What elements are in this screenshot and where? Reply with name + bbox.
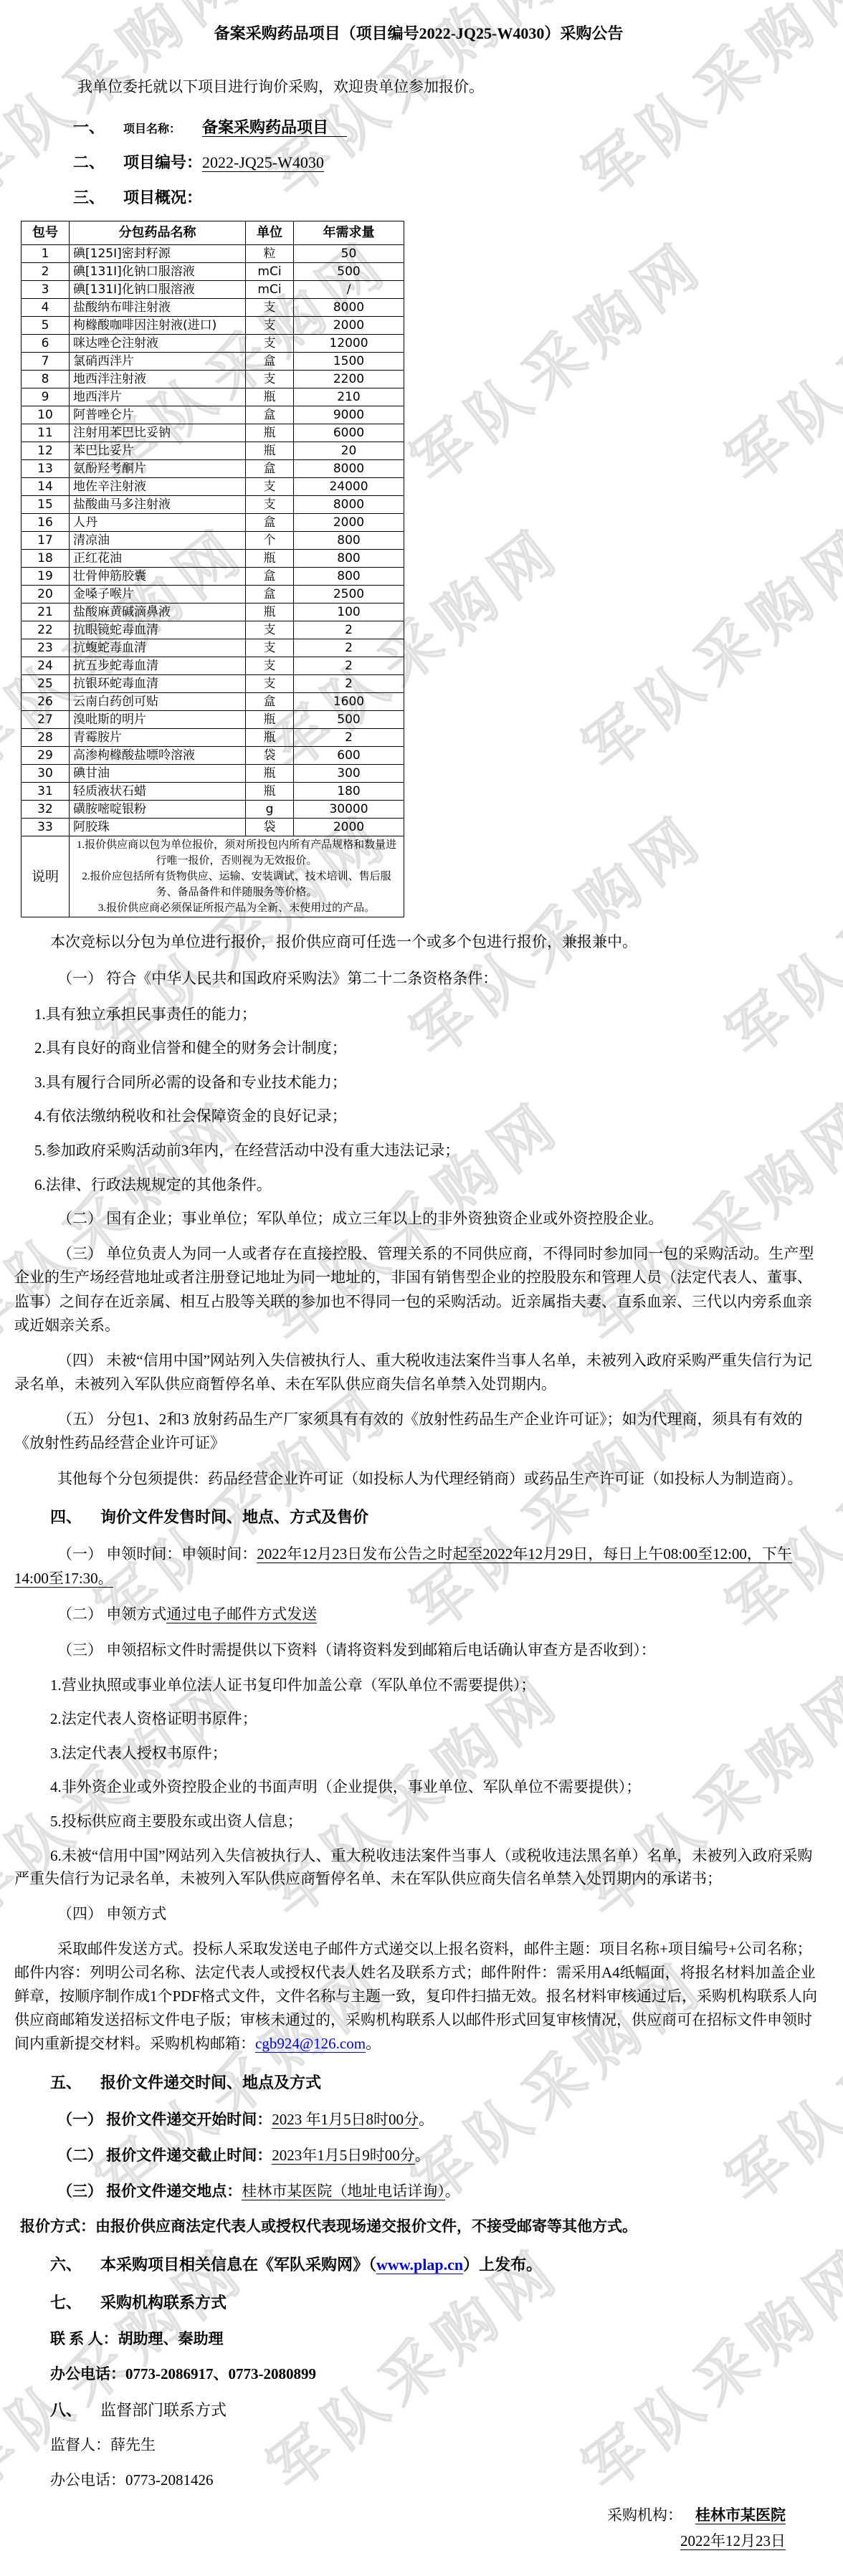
cell-drug-name: 金嗓子喉片 [70, 585, 246, 603]
cell-drug-name: 地西泮注射液 [70, 370, 246, 388]
drug-table-row: 31轻质液状石蜡瓶180 [22, 782, 404, 800]
section-number: 五、 [50, 2074, 82, 2091]
section-5-heading: 五、报价文件递交时间、地点及方式 [14, 2071, 823, 2094]
section-number: 八、 [50, 2401, 82, 2419]
cell-unit: 瓶 [246, 764, 294, 782]
claim-method2-heading: （四） 申领方式 [14, 1902, 823, 1926]
drug-table-row: 27溴吡斯的明片瓶500 [22, 710, 404, 728]
drug-table-row: 11注射用苯巴比妥钠瓶6000 [22, 424, 404, 442]
page-title: 备案采购药品项目（项目编号2022-JQ25-W4030）采购公告 [14, 22, 823, 44]
cell-unit: 袋 [246, 818, 294, 836]
cell-pack-no: 12 [22, 442, 70, 459]
section-8-heading-text: 监督部门联系方式 [100, 2401, 227, 2419]
cell-pack-no: 29 [22, 746, 70, 764]
cell-drug-name: 碘[125I]密封籽源 [70, 244, 246, 262]
drug-table-row: 3碘[131I]化钠口服溶液mCi/ [22, 280, 404, 298]
drug-table-row: 10阿普唑仑片盒9000 [22, 406, 404, 424]
section-5-heading-text: 报价文件递交时间、地点及方式 [100, 2074, 321, 2091]
cell-pack-no: 9 [22, 388, 70, 406]
footer-date-line: 2022年12月23日 [14, 2529, 786, 2554]
cell-drug-name: 阿胶珠 [70, 818, 246, 836]
cell-unit: 瓶 [246, 728, 294, 746]
cell-drug-name: 云南白药创可贴 [70, 692, 246, 710]
cell-unit: 瓶 [246, 442, 294, 459]
cell-annual-qty: 2000 [294, 316, 404, 334]
section-7-heading-text: 采购机构联系方式 [100, 2294, 227, 2312]
procurement-announcement-page: 军队采购网军队采购网军队采购网军队采购网军队采购网军队采购网军队采购网军队采购网… [0, 0, 843, 2576]
submission-deadline-line: （二） 报价文件递交截止时间：2023年1月5日9时00分。 [14, 2143, 823, 2167]
cell-annual-qty: 180 [294, 782, 404, 800]
header-annual-qty: 年需求量 [294, 221, 404, 244]
cell-pack-no: 3 [22, 280, 70, 298]
cell-unit: 瓶 [246, 782, 294, 800]
cell-drug-name: 磺胺嘧啶银粉 [70, 800, 246, 818]
cell-annual-qty: 2200 [294, 370, 404, 388]
qualification-item: 6.法律、行政法规规定的其他条件。 [14, 1173, 823, 1197]
cell-unit: 瓶 [246, 424, 294, 442]
drug-table-row: 16人丹盒2000 [22, 513, 404, 531]
section-number: 四、 [50, 1508, 82, 1526]
line-end-punct: 。 [419, 2111, 434, 2128]
footer-org-label: 采购机构： [607, 2506, 682, 2524]
qualification-list: 1.具有独立承担民事责任的能力；2.具有良好的商业信誉和健全的财务会计制度；3.… [14, 1003, 823, 1196]
section-number: 六、 [50, 2256, 82, 2274]
bid-intro-paragraph: 本次竞标以分包为单位进行报价，报价供应商可任选一个或多个包进行报价，兼报兼中。 [14, 930, 823, 955]
cell-annual-qty: 210 [294, 388, 404, 406]
cell-drug-name: 盐酸麻黄碱滴鼻液 [70, 603, 246, 621]
footer-date-value: 2022年12月23日 [680, 2532, 786, 2550]
cell-unit: g [246, 800, 294, 818]
cell-unit: 袋 [246, 746, 294, 764]
cell-drug-name: 正红花油 [70, 549, 246, 567]
drug-table-row: 19壮骨伸筋胶囊盒800 [22, 567, 404, 585]
drug-table-row: 2碘[131I]化钠口服溶液mCi500 [22, 262, 404, 280]
cell-unit: 瓶 [246, 388, 294, 406]
cell-pack-no: 24 [22, 657, 70, 674]
project-overview-line: 三、项目概况： [14, 186, 823, 209]
email-submission-text: 采取邮件发送方式。投标人采取发送电子邮件方式递交以上报名资料，邮件主题：项目名称… [14, 1940, 817, 2053]
cell-annual-qty: 2 [294, 728, 404, 746]
cell-unit: 瓶 [246, 549, 294, 567]
cell-annual-qty: 2000 [294, 818, 404, 836]
cell-drug-name: 抗五步蛇毒血清 [70, 657, 246, 674]
section-number: 七、 [50, 2294, 82, 2312]
submission-place-line: （三） 报价文件递交地点：桂林市某医院（地址电话详询）。 [14, 2179, 823, 2203]
cell-unit: 盒 [246, 352, 294, 370]
required-document-item: 6.未被“信用中国”网站列入失信被执行人、重大税收违法案件当事人（或税收违法黑名… [14, 1844, 823, 1891]
condition-item-4: （四） 未被“信用中国”网站列入失信被执行人、重大税收违法案件当事人名单，未被列… [14, 1349, 823, 1396]
required-document-item: 1.营业执照或事业单位法人证书复印件加盖公章（军队单位不需要提供）； [14, 1674, 823, 1697]
project-number-line: 二、项目编号：2022-JQ25-W4030 [14, 151, 823, 174]
cell-pack-no: 6 [22, 334, 70, 352]
cell-pack-no: 1 [22, 244, 70, 262]
cell-pack-no: 10 [22, 406, 70, 424]
cell-annual-qty: 30000 [294, 800, 404, 818]
cell-pack-no: 7 [22, 352, 70, 370]
cell-annual-qty: 9000 [294, 406, 404, 424]
condition-item-2: （二） 国有企业；事业单位；军队单位；成立三年以上的非外资独资企业或外资控股企业… [14, 1207, 823, 1231]
email-submission-paragraph: 采取邮件发送方式。投标人采取发送电子邮件方式递交以上报名资料，邮件主题：项目名称… [14, 1937, 823, 2056]
drug-table-row: 28青霉胺片瓶2 [22, 728, 404, 746]
cell-pack-no: 26 [22, 692, 70, 710]
note-content-cell: 1.报价供应商以包为单位报价，须对所投包内所有产品规格和数量进行唯一报价，否则视… [70, 836, 404, 917]
cell-drug-name: 碘[131I]化钠口服溶液 [70, 262, 246, 280]
cell-pack-no: 4 [22, 298, 70, 316]
cell-drug-name: 人丹 [70, 513, 246, 531]
required-documents-list: 1.营业执照或事业单位法人证书复印件加盖公章（军队单位不需要提供）；2.法定代表… [14, 1674, 823, 1891]
claim-time-label: （一） 申领时间：申领时间： [57, 1545, 257, 1563]
drug-table-row: 9地西泮片瓶210 [22, 388, 404, 406]
condition-item-5b: 其他每个分包须提供：药品经营企业许可证（如投标人为代理经销商）或药品生产许可证（… [14, 1467, 823, 1491]
cell-drug-name: 碘[131I]化钠口服溶液 [70, 280, 246, 298]
section-8-heading: 八、监督部门联系方式 [14, 2398, 823, 2422]
drug-table-row: 7氯硝西泮片盒1500 [22, 352, 404, 370]
cell-pack-no: 19 [22, 567, 70, 585]
line-end-punct: 。 [415, 2147, 430, 2164]
cell-pack-no: 32 [22, 800, 70, 818]
cell-drug-name: 壮骨伸筋胶囊 [70, 567, 246, 585]
cell-unit: 瓶 [246, 603, 294, 621]
cell-annual-qty: 8000 [294, 495, 404, 513]
header-unit: 单位 [246, 221, 294, 244]
cell-unit: 支 [246, 639, 294, 657]
cell-drug-name: 青霉胺片 [70, 728, 246, 746]
cell-annual-qty: 8000 [294, 298, 404, 316]
cell-drug-name: 盐酸纳布啡注射液 [70, 298, 246, 316]
submission-start-value: 2023 年1月5日8时00分 [272, 2111, 419, 2129]
condition-item-3: （三） 单位负责人为同一人或者存在直接控股、管理关系的不同供应商，不得同时参加同… [14, 1242, 823, 1337]
drug-table-row: 17清凉油个800 [22, 531, 404, 549]
cell-unit: 支 [246, 621, 294, 639]
table-note-item: 1.报价供应商以包为单位报价，须对所投包内所有产品规格和数量进行唯一报价，否则视… [72, 837, 401, 869]
drug-table-row: 13氨酚羟考酮片盒8000 [22, 459, 404, 477]
line-end-punct: 。 [445, 2183, 460, 2200]
quote-method-line: 报价方式：由报价供应商法定代表人或授权代表现场递交报价文件，不接受邮寄等其他方式… [14, 2215, 823, 2239]
cell-annual-qty: 2 [294, 639, 404, 657]
drug-table: 包号 分包药品名称 单位 年需求量 1碘[125I]密封籽源粒502碘[131I… [21, 221, 404, 917]
drug-table-row: 12苯巴比妥片瓶20 [22, 442, 404, 459]
required-document-item: 4.非外资企业或外资控股企业的书面声明（企业提供，事业单位、军队单位不需要提供）… [14, 1775, 823, 1799]
drug-table-row: 30碘甘油瓶300 [22, 764, 404, 782]
cell-unit: 支 [246, 370, 294, 388]
drug-table-row: 6咪达唑仑注射液支12000 [22, 334, 404, 352]
drug-table-row: 29高渗枸橼酸盐嘌呤溶液袋600 [22, 746, 404, 764]
cell-unit: mCi [246, 280, 294, 298]
section-6-line: 六、本采购项目相关信息在《军队采购网》（www.plap.cn）上发布。 [14, 2253, 823, 2276]
cell-drug-name: 阿普唑仑片 [70, 406, 246, 424]
drug-table-row: 25抗银环蛇毒血清支2 [22, 674, 404, 692]
supervisor-line: 监督人：薛先生 [14, 2433, 823, 2457]
project-name-line: 一、项目名称：备案采购药品项目 [14, 115, 823, 139]
cell-unit: 瓶 [246, 710, 294, 728]
cell-pack-no: 11 [22, 424, 70, 442]
cell-drug-name: 溴吡斯的明片 [70, 710, 246, 728]
submission-place-label: （三） 报价文件递交地点： [57, 2183, 242, 2200]
cell-pack-no: 5 [22, 316, 70, 334]
drug-table-row: 33阿胶珠袋2000 [22, 818, 404, 836]
cell-annual-qty: 24000 [294, 477, 404, 495]
condition-item-5: （五） 分包1、2和3 放射药品生产厂家须具有有效的《放射性药品生产企业许可证》… [14, 1408, 823, 1455]
drug-table-row: 26云南白药创可贴盒1600 [22, 692, 404, 710]
cell-unit: 盒 [246, 406, 294, 424]
section-6-text: 本采购项目相关信息在《军队采购网》（ [100, 2256, 376, 2274]
cell-pack-no: 27 [22, 710, 70, 728]
cell-annual-qty: / [294, 280, 404, 298]
cell-annual-qty: 1500 [294, 352, 404, 370]
cell-pack-no: 30 [22, 764, 70, 782]
cell-drug-name: 高渗枸橼酸盐嘌呤溶液 [70, 746, 246, 764]
submission-start-line: （一） 报价文件递交开始时间：2023 年1月5日8时00分。 [14, 2107, 823, 2132]
cell-drug-name: 地西泮片 [70, 388, 246, 406]
section-4-heading-text: 询价文件发售时间、地点、方式及售价 [100, 1508, 368, 1526]
cell-pack-no: 13 [22, 459, 70, 477]
procurement-email-link[interactable]: cgb924@126.com [255, 2035, 366, 2053]
cell-drug-name: 咪达唑仑注射液 [70, 334, 246, 352]
section-7-heading: 七、采购机构联系方式 [14, 2291, 823, 2314]
project-number-label: 项目编号： [123, 153, 202, 171]
project-number-value: 2022-JQ25-W4030 [202, 153, 324, 172]
cell-annual-qty: 500 [294, 262, 404, 280]
footer-signature-block: 采购机构：桂林市某医院 2022年12月23日 [14, 2503, 823, 2554]
cell-pack-no: 25 [22, 674, 70, 692]
table-note-item: 2.报价应包括所有货物供应、运输、安装调试、技术培训、售后服务、备品备件和伴随服… [72, 869, 401, 900]
drug-table-row: 15盐酸曲马多注射液支8000 [22, 495, 404, 513]
drug-table-row: 20金嗓子喉片盒2500 [22, 585, 404, 603]
cell-pack-no: 23 [22, 639, 70, 657]
cell-annual-qty: 500 [294, 710, 404, 728]
cell-annual-qty: 2 [294, 674, 404, 692]
note-label-cell: 说明 [22, 836, 70, 917]
required-document-item: 3.法定代表人授权书原件； [14, 1742, 823, 1765]
cell-unit: 盒 [246, 459, 294, 477]
cell-pack-no: 18 [22, 549, 70, 567]
claim-method-line: （二） 申领方式通过电子邮件方式发送 [14, 1602, 823, 1626]
drug-table-row: 32磺胺嘧啶银粉g30000 [22, 800, 404, 818]
cell-pack-no: 2 [22, 262, 70, 280]
drug-table-header-row: 包号 分包药品名称 单位 年需求量 [22, 221, 404, 244]
cell-drug-name: 轻质液状石蜡 [70, 782, 246, 800]
cell-annual-qty: 2000 [294, 513, 404, 531]
qualification-title: （一） 符合《中华人民共和国政府采购法》第二十二条资格条件： [14, 967, 823, 991]
drug-table-row: 21盐酸麻黄碱滴鼻液瓶100 [22, 603, 404, 621]
cell-pack-no: 21 [22, 603, 70, 621]
cell-annual-qty: 8000 [294, 459, 404, 477]
project-overview-label: 项目概况： [123, 189, 202, 206]
cell-drug-name: 抗蝮蛇毒血清 [70, 639, 246, 657]
claim-materials-line: （三） 申领招标文件时需提供以下资料（请将资料发到邮箱后电话确认审查方是否收到）… [14, 1638, 823, 1662]
cell-unit: 盒 [246, 692, 294, 710]
qualification-item: 3.具有履行合同所必需的设备和专业技术能力； [14, 1071, 823, 1094]
supervisor-phone-line: 办公电话：0773-2081426 [14, 2468, 823, 2492]
cell-drug-name: 注射用苯巴比妥钠 [70, 424, 246, 442]
cell-unit: 支 [246, 674, 294, 692]
cell-annual-qty: 100 [294, 603, 404, 621]
cell-pack-no: 8 [22, 370, 70, 388]
required-document-item: 2.法定代表人资格证明书原件； [14, 1707, 823, 1731]
claim-time-line: （一） 申领时间：申领时间：2022年12月23日发布公告之时起至2022年12… [14, 1542, 823, 1590]
drug-table-row: 5枸橼酸咖啡因注射液(进口)支2000 [22, 316, 404, 334]
qualification-item: 1.具有独立承担民事责任的能力； [14, 1003, 823, 1026]
qualification-item: 4.有依法缴纳税收和社会保障资金的良好记录； [14, 1105, 823, 1128]
contact-person-line: 联 系 人：胡助理、秦助理 [14, 2327, 823, 2351]
cell-annual-qty: 800 [294, 531, 404, 549]
drug-table-body: 1碘[125I]密封籽源粒502碘[131I]化钠口服溶液mCi5003碘[13… [22, 244, 404, 836]
cell-drug-name: 盐酸曲马多注射液 [70, 495, 246, 513]
cell-unit: 盒 [246, 567, 294, 585]
plap-website-link[interactable]: www.plap.cn [376, 2256, 463, 2274]
email-submission-text-end: 。 [366, 2035, 381, 2052]
document-content: 备案采购药品项目（项目编号2022-JQ25-W4030）采购公告 我单位委托就… [14, 22, 823, 2554]
cell-unit: 支 [246, 298, 294, 316]
cell-unit: 支 [246, 334, 294, 352]
cell-drug-name: 抗眼镜蛇毒血清 [70, 621, 246, 639]
cell-unit: 支 [246, 477, 294, 495]
project-name-value: 备案采购药品项目 [202, 118, 347, 137]
qualification-item: 5.参加政府采购活动前3年内，在经营活动中没有重大违法记录； [14, 1139, 823, 1163]
cell-annual-qty: 2 [294, 621, 404, 639]
cell-annual-qty: 6000 [294, 424, 404, 442]
section-4-heading: 四、询价文件发售时间、地点、方式及售价 [14, 1505, 823, 1529]
drug-table-row: 1碘[125I]密封籽源粒50 [22, 244, 404, 262]
cell-annual-qty: 600 [294, 746, 404, 764]
drug-table-row: 8地西泮注射液支2200 [22, 370, 404, 388]
section-number: 三、 [73, 189, 105, 206]
cell-annual-qty: 1600 [294, 692, 404, 710]
footer-org-value: 桂林市某医院 [695, 2506, 786, 2524]
drug-table-row: 14地佐辛注射液支24000 [22, 477, 404, 495]
table-note-item: 3.报价供应商必须保证所报产品为全新、未使用过的产品。 [72, 900, 401, 916]
drug-table-row: 18正红花油瓶800 [22, 549, 404, 567]
cell-annual-qty: 50 [294, 244, 404, 262]
claim-method-label: （二） 申领方式 [57, 1606, 166, 1623]
cell-annual-qty: 2 [294, 657, 404, 674]
cell-unit: mCi [246, 262, 294, 280]
cell-pack-no: 33 [22, 818, 70, 836]
cell-annual-qty: 2500 [294, 585, 404, 603]
cell-pack-no: 31 [22, 782, 70, 800]
qualification-item: 2.具有良好的商业信誉和健全的财务会计制度； [14, 1036, 823, 1060]
cell-unit: 支 [246, 495, 294, 513]
cell-annual-qty: 12000 [294, 334, 404, 352]
cell-annual-qty: 20 [294, 442, 404, 459]
cell-unit: 粒 [246, 244, 294, 262]
cell-pack-no: 20 [22, 585, 70, 603]
section-6-text-end: ）上发布。 [463, 2256, 542, 2274]
drug-table-row: 22抗眼镜蛇毒血清支2 [22, 621, 404, 639]
section-number: 一、 [73, 118, 105, 136]
project-name-label: 项目名称： [123, 123, 181, 135]
cell-drug-name: 氯硝西泮片 [70, 352, 246, 370]
submission-deadline-value: 2023年1月5日9时00分 [272, 2147, 415, 2165]
cell-drug-name: 抗银环蛇毒血清 [70, 674, 246, 692]
cell-unit: 支 [246, 657, 294, 674]
cell-pack-no: 14 [22, 477, 70, 495]
cell-unit: 盒 [246, 513, 294, 531]
drug-table-row: 24抗五步蛇毒血清支2 [22, 657, 404, 674]
claim-method-value: 通过电子邮件方式发送 [166, 1606, 317, 1623]
cell-unit: 盒 [246, 585, 294, 603]
cell-drug-name: 氨酚羟考酮片 [70, 459, 246, 477]
contact-phone-line: 办公电话：0773-2086917、0773-2080899 [14, 2362, 823, 2386]
cell-annual-qty: 800 [294, 567, 404, 585]
header-pack-no: 包号 [22, 221, 70, 244]
cell-unit: 个 [246, 531, 294, 549]
cell-pack-no: 15 [22, 495, 70, 513]
cell-drug-name: 碘甘油 [70, 764, 246, 782]
cell-drug-name: 清凉油 [70, 531, 246, 549]
cell-pack-no: 17 [22, 531, 70, 549]
submission-start-label: （一） 报价文件递交开始时间： [57, 2111, 272, 2128]
footer-org-line: 采购机构：桂林市某医院 [14, 2503, 786, 2529]
cell-annual-qty: 300 [294, 764, 404, 782]
section-number: 二、 [73, 153, 105, 171]
cell-unit: 支 [246, 316, 294, 334]
intro-paragraph: 我单位委托就以下项目进行询价采购，欢迎贵单位参加报价。 [14, 75, 823, 100]
submission-deadline-label: （二） 报价文件递交截止时间： [57, 2147, 272, 2164]
cell-pack-no: 22 [22, 621, 70, 639]
drug-table-row: 23抗蝮蛇毒血清支2 [22, 639, 404, 657]
cell-annual-qty: 800 [294, 549, 404, 567]
cell-drug-name: 枸橼酸咖啡因注射液(进口) [70, 316, 246, 334]
header-drug-name: 分包药品名称 [70, 221, 246, 244]
drug-table-row: 4盐酸纳布啡注射液支8000 [22, 298, 404, 316]
cell-drug-name: 苯巴比妥片 [70, 442, 246, 459]
cell-pack-no: 16 [22, 513, 70, 531]
table-note-row: 说明 1.报价供应商以包为单位报价，须对所投包内所有产品规格和数量进行唯一报价，… [22, 836, 404, 917]
cell-drug-name: 地佐辛注射液 [70, 477, 246, 495]
required-document-item: 5.投标供应商主要股东或出资人信息； [14, 1810, 823, 1833]
cell-pack-no: 28 [22, 728, 70, 746]
submission-place-value: 桂林市某医院（地址电话详询） [242, 2183, 445, 2200]
